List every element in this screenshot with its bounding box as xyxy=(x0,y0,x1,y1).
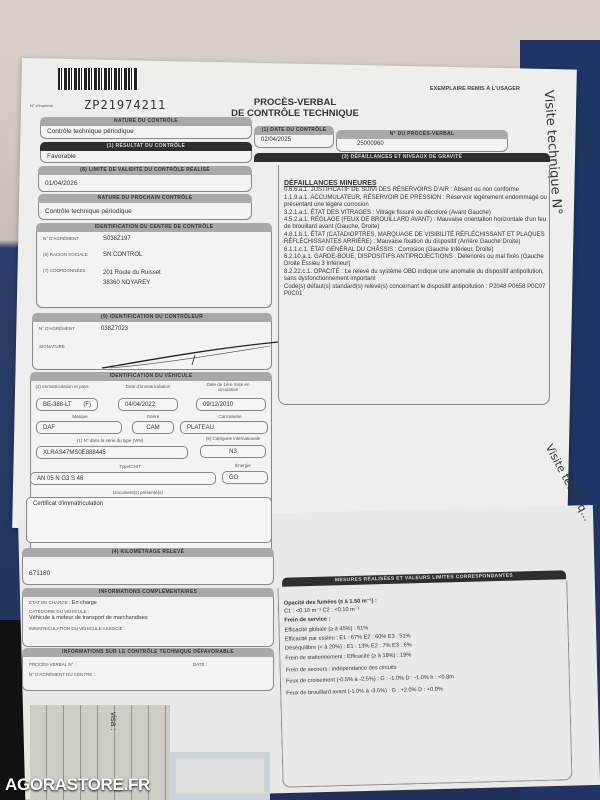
center-agreement-value: S038Z197 xyxy=(103,236,131,242)
reg-date-field: 04/04/2022 xyxy=(118,398,178,411)
copy-note: EXEMPLAIRE REMIS À L'USAGER xyxy=(430,86,520,92)
vin-label: (1) N° dans la série du type (VIN) xyxy=(60,438,160,443)
unfav-date-label: DATE : xyxy=(193,662,207,667)
vin-field: XLRAS47MS0E888445 xyxy=(36,446,188,459)
barcode xyxy=(58,68,138,90)
load-label: ÉTAT DE CHARGE : xyxy=(29,600,70,605)
plate-value: BE-388-LT xyxy=(43,402,72,408)
mileage-header: (4) KILOMÉTRAGE RELEVÉ xyxy=(22,548,274,557)
defects-header: (3) DÉFAILLANCES ET NIVEAUX DE GRAVITÉ xyxy=(254,153,550,162)
vehicle-header: IDENTIFICATION DU VÉHICULE xyxy=(30,372,272,381)
unfav-center-label: N° D'AGRÉMENT DU CENTRE : xyxy=(29,672,267,677)
nature-value: Contrôle technique périodique xyxy=(40,126,252,139)
unfavorable-box: PROCÈS-VERBAL N° :DATE : N° D'AGRÉMENT D… xyxy=(22,657,274,691)
mileage-value: 671180 xyxy=(22,557,274,585)
nature-header: NATURE DU CONTRÔLE xyxy=(40,117,252,126)
pv-number: 25000960 xyxy=(336,139,508,152)
opacity-title: Opacité des fumées (≤ à 1.50 m⁻¹) : xyxy=(284,598,377,606)
measures-list: Opacité des fumées (≤ à 1.50 m⁻¹) : C1 :… xyxy=(284,591,567,699)
result-header: (1) RÉSULTAT DU CONTRÔLE xyxy=(40,142,252,151)
plate-field: BE-388-LT (F) xyxy=(36,398,98,411)
docs-field: Certificat d'immatriculation xyxy=(26,497,272,543)
stub-visa-label: visa : xyxy=(109,712,118,731)
unfavorable-header: INFORMATIONS SUR LE CONTRÔLE TECHNIQUE D… xyxy=(22,648,274,657)
company-label: (6) RAISON SOCIALE xyxy=(43,252,103,258)
inspector-header: (9) IDENTIFICATION DU CONTRÔLEUR xyxy=(32,313,272,322)
unfav-pv-label: PROCÈS-VERBAL N° : xyxy=(29,662,76,667)
defects-box xyxy=(278,165,550,405)
complementary-box: ÉTAT DE CHARGE : En charge CATÉGORIE DU … xyxy=(22,597,274,647)
energy-field: GO xyxy=(222,471,268,484)
validity-header: (8) LIMITE DE VALIDITÉ DU CONTRÔLE RÉALI… xyxy=(38,166,252,175)
next-control-header: NATURE DU PROCHAIN CONTRÔLE xyxy=(38,194,252,203)
make-field: DAF xyxy=(36,421,122,434)
genre-label: Genre xyxy=(138,414,168,419)
validity-value: 01/04/2026 xyxy=(38,175,252,192)
make-label: Marque xyxy=(60,414,100,419)
type-field: AN 05 N G3 S 46 xyxy=(30,472,216,485)
type-label: Type/CNIT xyxy=(100,464,160,469)
first-date-label: Date de 1ère mise en circulation xyxy=(200,382,256,392)
title-line-1: PROCÈS-VERBAL xyxy=(205,97,385,108)
inspector-agreement-value: 038Z7023 xyxy=(101,326,128,332)
service-brake-title: Frein de service : xyxy=(284,616,330,623)
address-line-2: 38360 NOYAREY xyxy=(103,280,150,286)
control-date: 02/04/2025 xyxy=(254,135,334,148)
company-value: SN CONTROL xyxy=(103,252,142,258)
doc-number: ZP21974211 xyxy=(84,98,166,112)
doc-number-label: N° d'imprimé xyxy=(30,103,53,108)
country-value: (F) xyxy=(83,401,91,410)
next-control-value: Contrôle technique périodique xyxy=(38,203,252,220)
first-date-field: 09/12/2010 xyxy=(196,398,266,411)
associated-plate-label: IMMATRICULATION DU VÉHICULE ASSOCIÉ : xyxy=(29,625,267,633)
inspector-agreement-label: N° D'AGRÉMENT xyxy=(39,326,101,332)
center-box: N° D'AGRÉMENTS038Z197 (6) RAISON SOCIALE… xyxy=(36,232,272,308)
signature-scribble xyxy=(100,340,280,370)
vehicle-category-label: CATÉGORIE DU VÉHICULE : xyxy=(29,608,267,616)
address-label: (7) COORDONNÉES xyxy=(43,268,103,288)
vehicle-category-value: Véhicule à moteur de transport de marcha… xyxy=(29,615,267,623)
docs-label: Document(s) présenté(s) xyxy=(98,490,178,495)
genre-field: CAM xyxy=(132,421,174,434)
center-header: IDENTIFICATION DU CENTRE DE CONTRÔLE xyxy=(36,223,272,232)
reg-date-label: Date d'immatriculation xyxy=(118,384,178,389)
energy-label: Énergie xyxy=(228,463,258,468)
date-header: (1) DATE DU CONTRÔLE xyxy=(254,126,334,135)
photo-placeholder xyxy=(170,752,270,800)
address-line-1: 201 Route du Ruisset xyxy=(103,270,161,276)
background-floor xyxy=(0,0,600,40)
body-label: Carrosserie xyxy=(205,414,255,419)
load-value: En charge xyxy=(72,600,97,606)
pv-header: N° DU PROCÈS-VERBAL xyxy=(336,130,508,139)
page-title: PROCÈS-VERBAL DE CONTRÔLE TECHNIQUE xyxy=(205,97,385,119)
body-field: PLATEAU xyxy=(180,421,268,434)
result-value: Favorable xyxy=(40,151,252,163)
category-label: (5) Catégorie internationale xyxy=(196,436,270,441)
center-agreement-label: N° D'AGRÉMENT xyxy=(43,236,103,242)
category-field: N3 xyxy=(200,445,266,458)
complementary-header: INFORMATIONS COMPLÉMENTAIRES xyxy=(22,588,274,597)
plate-label: (2) Immatriculation et pays xyxy=(34,384,90,389)
watermark: AGORASTORE.FR xyxy=(5,775,150,795)
